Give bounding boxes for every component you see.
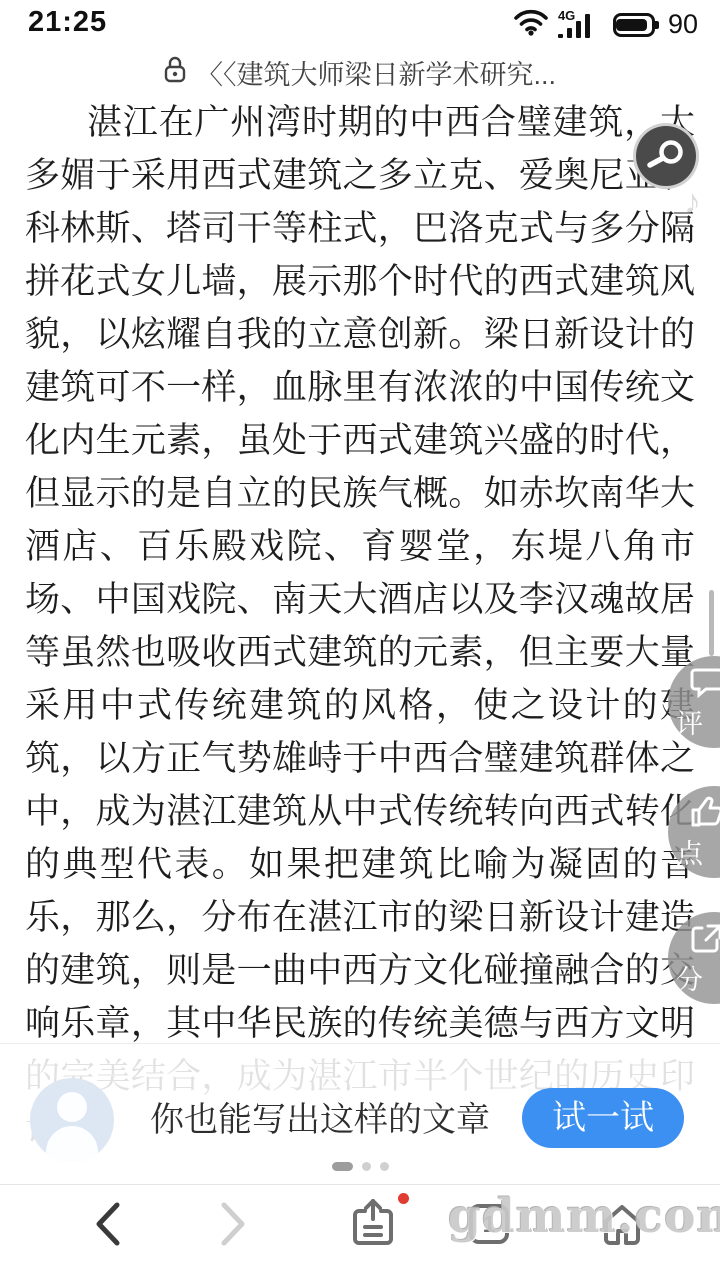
article-line: 湛江在广州湾时期的中西合璧建筑，大 bbox=[25, 96, 695, 149]
article-line: 拼花式女儿墙，展示那个时代的西式建筑风 bbox=[25, 255, 695, 308]
like-label: 点 bbox=[676, 832, 703, 871]
carousel-dot bbox=[380, 1162, 389, 1171]
thumbs-up-icon bbox=[690, 796, 720, 833]
avatar bbox=[30, 1078, 114, 1162]
article-line: 的建筑，则是一曲中西方文化碰撞融合的交 bbox=[25, 944, 695, 997]
clock: 21:25 bbox=[28, 6, 107, 39]
article-line: 乐，那么，分布在湛江市的梁日新设计建造 bbox=[25, 891, 695, 944]
battery-percent: 90 bbox=[668, 9, 698, 40]
article-line: 筑，以方正气势雄峙于中西合璧建筑群体之 bbox=[25, 732, 695, 785]
article-line: 中，成为湛江建筑从中式传统转向西式转化 bbox=[25, 785, 695, 838]
article-line: 但显示的是自立的民族气概。如赤坎南华大 bbox=[25, 467, 695, 520]
promo-text: 你也能写出这样的文章 bbox=[150, 1078, 490, 1162]
article-line: 等虽然也吸收西式建筑的元素，但主要大量 bbox=[25, 626, 695, 679]
status-icons: 4G 90 bbox=[513, 8, 698, 41]
article-body: 湛江在广州湾时期的中西合璧建筑，大 多媚于采用西式建筑之多立克、爱奥尼亚、 科林… bbox=[25, 96, 695, 1156]
bottom-nav-bar: 1 gdmm.com bbox=[0, 1184, 720, 1280]
article-line: 酒店、百乐殿戏院、育婴堂，东堤八角市 bbox=[25, 520, 695, 573]
battery-icon bbox=[613, 13, 659, 37]
try-it-button[interactable]: 试一试 bbox=[522, 1088, 684, 1148]
signal-bars bbox=[558, 14, 604, 38]
carousel-dot bbox=[362, 1162, 371, 1171]
export-icon bbox=[350, 1199, 396, 1249]
article-line: 场、中国戏院、南天大酒店以及李汉魂故居 bbox=[25, 573, 695, 626]
scrollbar-thumb[interactable] bbox=[709, 590, 714, 656]
article-line: 科林斯、塔司干等柱式，巴洛克式与多分隔 bbox=[25, 202, 695, 255]
lock-icon bbox=[164, 56, 186, 88]
music-note-icon: ♪ bbox=[684, 183, 701, 222]
status-bar: 21:25 4G 90 bbox=[0, 0, 720, 46]
article-line: 化内生元素，虽处于西式建筑兴盛的时代， bbox=[25, 414, 695, 467]
wifi-icon bbox=[513, 8, 549, 41]
article-line: 貌，以炫耀自我的立意创新。梁日新设计的 bbox=[25, 308, 695, 361]
share-label: 分 bbox=[676, 958, 703, 997]
magnifier-fab[interactable] bbox=[633, 123, 699, 189]
watermark: gdmm.com bbox=[448, 1189, 720, 1244]
comment-icon bbox=[690, 666, 720, 703]
notification-dot bbox=[398, 1193, 409, 1204]
article-line: 多媚于采用西式建筑之多立克、爱奥尼亚、 bbox=[25, 149, 695, 202]
promo-banner[interactable]: 你也能写出这样的文章 试一试 bbox=[0, 1043, 720, 1184]
article-line: 的典型代表。如果把建筑比喻为凝固的音 bbox=[25, 838, 695, 891]
share-icon bbox=[690, 922, 720, 959]
forward-button[interactable] bbox=[188, 1185, 278, 1263]
comment-label: 评 bbox=[676, 702, 703, 741]
cellular-signal-icon: 4G bbox=[558, 10, 604, 40]
title-bar: 〈〈建筑大师梁日新学术研究... bbox=[0, 50, 720, 94]
carousel-dots bbox=[0, 1162, 720, 1171]
article-line: 采用中式传统建筑的风格，使之设计的建 bbox=[25, 679, 695, 732]
back-button[interactable] bbox=[63, 1185, 153, 1263]
chevron-left-icon bbox=[93, 1201, 123, 1247]
page-title: 〈〈建筑大师梁日新学术研究... bbox=[196, 53, 556, 92]
magnifier-icon bbox=[644, 134, 688, 178]
chevron-right-icon bbox=[218, 1201, 248, 1247]
article-line: 建筑可不一样，血脉里有浓浓的中国传统文 bbox=[25, 361, 695, 414]
carousel-dot-active bbox=[332, 1162, 353, 1171]
screen: 21:25 4G 90 bbox=[0, 0, 720, 1280]
